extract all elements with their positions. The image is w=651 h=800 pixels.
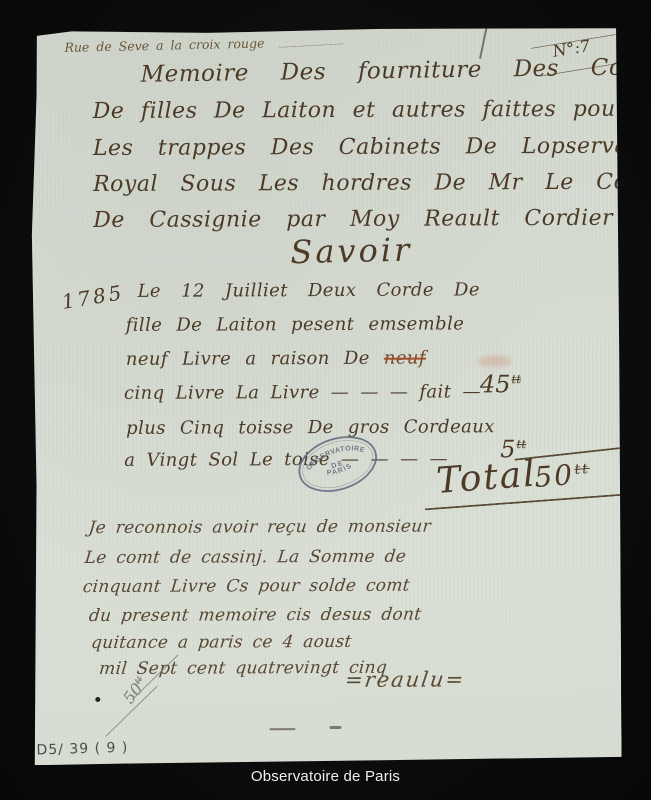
receipt-line: quitance a paris ce 4 aoust <box>90 632 353 653</box>
entry-line: plus Cinq toisse De gros Cordeaux <box>126 416 495 439</box>
receipt-line: Le comt de cassinj. La Somme de <box>84 547 407 568</box>
total-label: Total <box>435 454 538 502</box>
receipt-line: mil Sept cent quatrevingt cinq <box>98 658 388 679</box>
annotation-flourish-line <box>278 43 344 48</box>
entry-year: 1785 <box>60 280 126 314</box>
signature: =reaulu= <box>344 667 467 692</box>
shelfmark: D5/ 39 ( 9 ) <box>36 740 128 759</box>
receipt-line: cinquant Livre Cs pour solde comt <box>82 576 411 597</box>
amount-value: 45tt <box>480 370 521 398</box>
heading-line: De Cassignie par Moy Reault Cordier <box>93 206 613 233</box>
amount-number: 45 <box>480 370 511 398</box>
total-number: 50 <box>533 458 575 494</box>
entry-line: neuf Livre a raison De <box>126 348 370 370</box>
manuscript-page: Rue de Seve a la croix rouge N°:7 Memoir… <box>30 27 621 766</box>
entry-line: Le 12 Juilliet Deux Corde De <box>137 279 479 301</box>
ink-smudge <box>478 355 512 367</box>
receipt-line: du present memoire cis desus dont <box>88 605 422 626</box>
heading-line: De filles De Laiton et autres faittes po… <box>93 97 622 124</box>
livre-unit: tt <box>511 372 521 386</box>
photograph-of-manuscript: Rue de Seve a la croix rouge N°:7 Memoir… <box>0 0 651 800</box>
ink-speck <box>269 728 295 730</box>
paper-hole <box>95 697 100 702</box>
livre-unit: tt <box>574 461 590 478</box>
receipt-line: Je reconnois avoir reçu de monsieur <box>88 517 432 539</box>
entry-line-with-correction: neuf Livre a raison De neuf <box>126 348 426 370</box>
section-title: Savoir <box>221 229 482 273</box>
ink-speck <box>329 726 341 729</box>
photo-caption: Observatoire de Paris <box>0 768 651 785</box>
entry-line: fille De Laiton pesent emsemble <box>126 313 465 335</box>
entry-line: a Vingt Sol Le toise — — — — <box>124 448 448 470</box>
heading-line: Memoire Des fourniture Des Cordages <box>140 53 621 87</box>
heading-line: Les trappes Des Cabinets De Lopservatoir… <box>93 133 622 161</box>
struck-out-word: neuf <box>384 348 426 369</box>
livre-unit: tt <box>516 437 526 451</box>
paper-tear-mark <box>479 27 488 59</box>
address-annotation: Rue de Seve a la croix rouge <box>64 36 264 55</box>
total-amount: 50tt <box>533 457 591 494</box>
entry-line: cinq Livre La Livre — — — fait — <box>124 381 481 404</box>
heading-line: Royal Sous Les hordres De Mr Le Conte <box>93 170 622 197</box>
